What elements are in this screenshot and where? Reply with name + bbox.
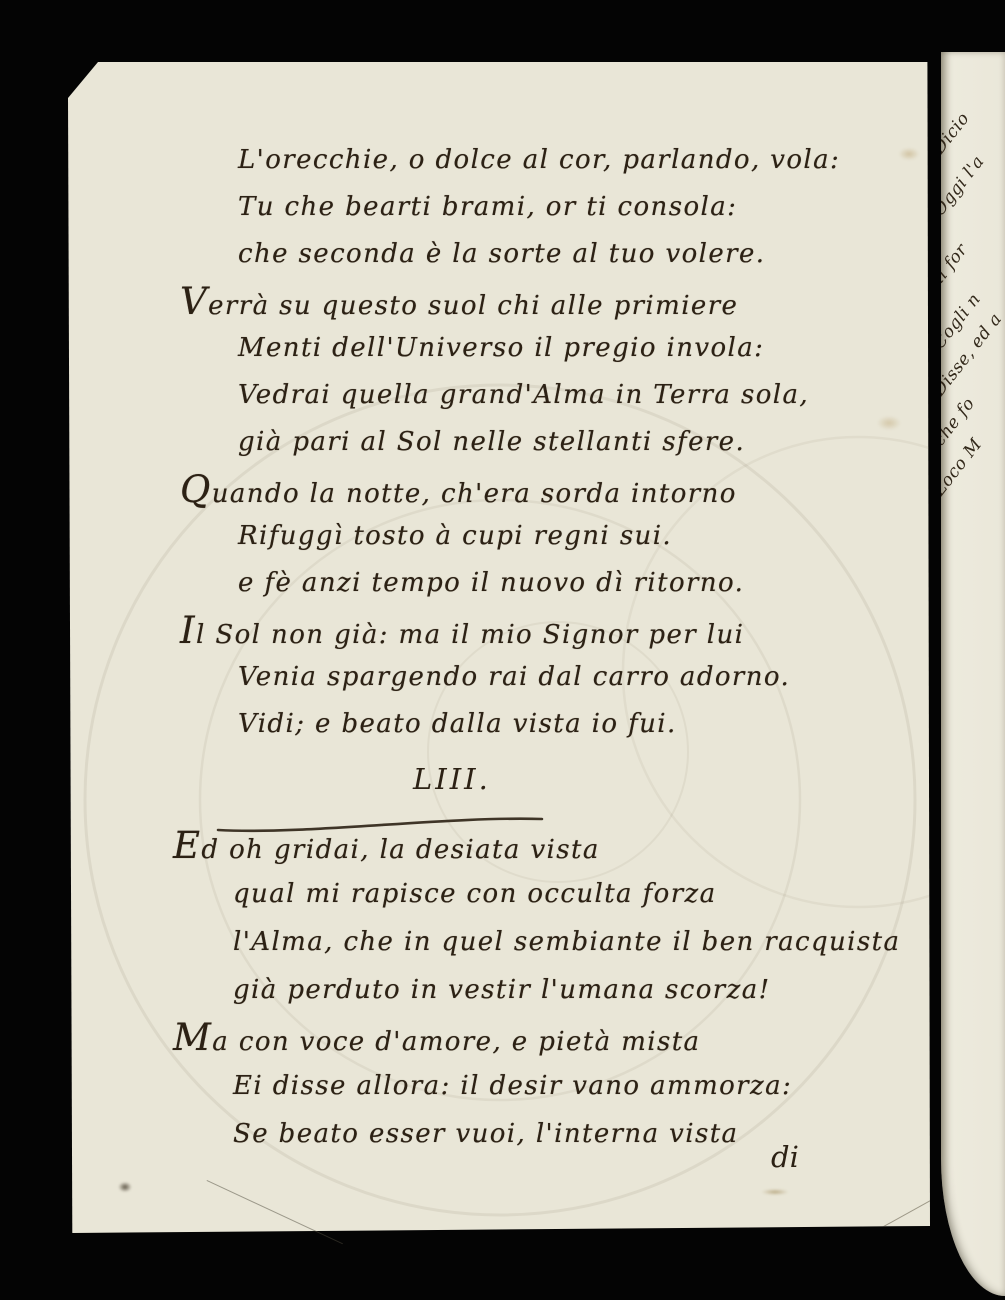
verse-line: Il Sol non già: ma il mio Signor per lui xyxy=(68,607,930,654)
verse-line: che seconda è la sorte al tuo volere. xyxy=(68,231,930,278)
verse-line: l'Alma, che in quel sembiante il ben rac… xyxy=(68,918,930,966)
verse-line: Menti dell'Universo il pregio invola: xyxy=(68,325,930,372)
adjacent-page-edge: Dicio Oggi l'a il for Cogli n Disse, ed … xyxy=(941,52,1005,1296)
verse-line: Verrà su questo suol chi alle primiere xyxy=(68,278,930,325)
sonnet-end-verses: L'orecchie, o dolce al cor, parlando, vo… xyxy=(68,137,930,748)
photo-background: L'orecchie, o dolce al cor, parlando, vo… xyxy=(0,0,1005,1300)
foxing-stain xyxy=(896,146,922,162)
sonnet-liii-verses: Ed oh gridai, la desiata vista qual mi r… xyxy=(68,822,930,1158)
verse-line: già perduto in vestir l'umana scorza! xyxy=(68,966,930,1014)
foxing-stain xyxy=(758,1188,792,1196)
verse-line: già pari al Sol nelle stellanti sfere. xyxy=(68,419,930,466)
verse-line: Vidi; e beato dalla vista io fui. xyxy=(68,701,930,748)
verse-line: qual mi rapisce con occulta forza xyxy=(68,870,930,918)
ink-smudge xyxy=(116,1180,134,1194)
sonnet-number-heading: LIII. xyxy=(413,762,491,796)
adjacent-text-fragment: il for xyxy=(941,240,972,287)
verse-line: Se beato esser vuoi, l'interna vista xyxy=(68,1110,930,1158)
verse-line: L'orecchie, o dolce al cor, parlando, vo… xyxy=(68,137,930,184)
verse-line: Quando la notte, ch'era sorda intorno xyxy=(68,466,930,513)
adjacent-text-fragment: Dicio xyxy=(941,109,974,158)
verse-line: Ei disse allora: il desir vano ammorza: xyxy=(68,1062,930,1110)
verse-line: Ed oh gridai, la desiata vista xyxy=(68,822,930,870)
verse-line: Vedrai quella grand'Alma in Terra sola, xyxy=(68,372,930,419)
verse-line: Tu che bearti brami, or ti consola: xyxy=(68,184,930,231)
verse-line: Ma con voce d'amore, e pietà mista xyxy=(68,1014,930,1062)
verse-line: e fè anzi tempo il nuovo dì ritorno. xyxy=(68,560,930,607)
catchword: di xyxy=(771,1140,799,1174)
thread-hair-line xyxy=(833,1188,953,1255)
manuscript-page: L'orecchie, o dolce al cor, parlando, vo… xyxy=(68,62,930,1233)
foxing-stain xyxy=(874,414,904,432)
adjacent-text-fragment: Oggi l'a xyxy=(941,152,989,220)
verse-line: Rifuggì tosto à cupi regni sui. xyxy=(68,513,930,560)
verse-line: Venia spargendo rai dal carro adorno. xyxy=(68,654,930,701)
